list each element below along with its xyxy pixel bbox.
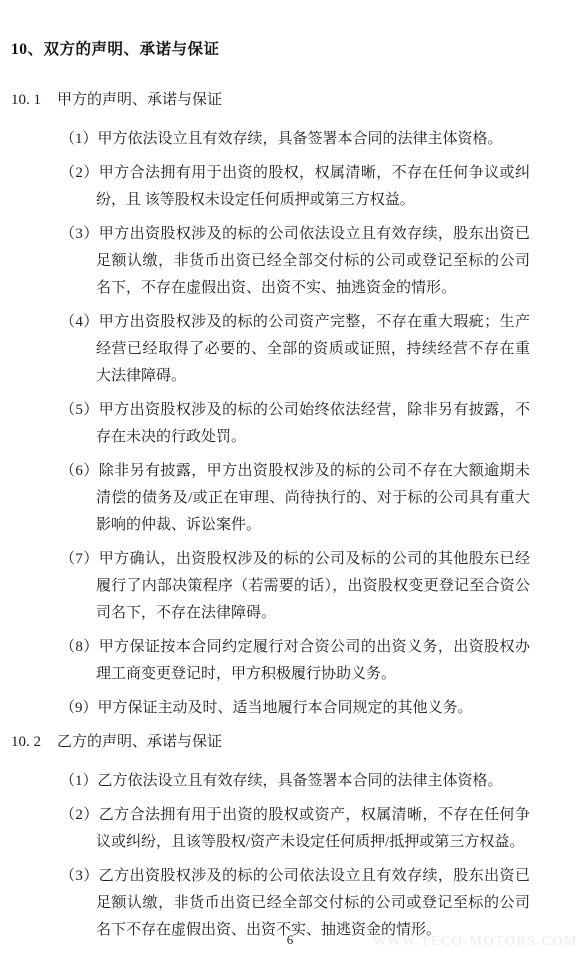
section-title: 甲方的声明、承诺与保证 [57, 92, 222, 108]
section-number: 10. 2 [11, 729, 57, 756]
clause-label: （2） [60, 165, 99, 181]
section-heading-10-1: 10. 1甲方的声明、承诺与保证 [11, 87, 580, 114]
clause-text: 甲方出资股权涉及的标的公司始终依法经营，除非另有披露，不存在未决的行政处罚。 [96, 402, 530, 445]
clause-item: （7）甲方确认，出资股权涉及的标的公司及标的公司的其他股东已经履行了内部决策程序… [96, 546, 530, 627]
clause-label: （3） [60, 868, 99, 884]
clause-label: （9） [60, 700, 98, 716]
clause-item: （9）甲方保证主动及时、适当地履行本合同规定的其他义务。 [96, 695, 530, 722]
document-page: 10、双方的声明、承诺与保证 10. 1甲方的声明、承诺与保证 （1）甲方依法设… [0, 0, 580, 958]
clause-label: （7） [60, 551, 99, 567]
clause-item: （3）甲方出资股权涉及的标的公司依法设立且有效存续，股东出资已足额认缴，非货币出… [96, 221, 530, 302]
clause-item: （2）甲方合法拥有用于出资的股权，权属清晰，不存在任何争议或纠纷，且 该等股权未… [96, 160, 530, 214]
clause-text: 甲方依法设立且有效存续，具备签署本合同的法律主体资格。 [98, 131, 503, 147]
clause-text: 除非另有披露，甲方出资股权涉及的标的公司不存在大额逾期未清偿的债务及/或正在审理… [96, 463, 530, 533]
section-title: 乙方的声明、承诺与保证 [57, 734, 222, 750]
watermark: WWW.TECO-MOTORS.COM [373, 934, 578, 950]
clause-label: （1） [60, 131, 98, 147]
clause-item: （8）甲方保证按本合同约定履行对合资公司的出资义务，出资股权办理工商变更登记时，… [96, 634, 530, 688]
clause-label: （3） [60, 226, 99, 242]
clause-label: （5） [60, 402, 99, 418]
clause-label: （2） [60, 807, 99, 823]
document-heading: 10、双方的声明、承诺与保证 [11, 36, 580, 63]
section-number: 10. 1 [11, 87, 57, 114]
clause-label: （8） [60, 639, 99, 655]
clause-item: （5）甲方出资股权涉及的标的公司始终依法经营，除非另有披露，不存在未决的行政处罚… [96, 397, 530, 451]
clause-item: （1）乙方依法设立且有效存续，具备签署本合同的法律主体资格。 [96, 768, 530, 795]
clause-text: 甲方出资股权涉及的标的公司资产完整，不存在重大瑕疵；生产经营已经取得了必要的、全… [96, 314, 530, 384]
clause-item: （2）乙方合法拥有用于出资的股权或资产，权属清晰，不存在任何争议或纠纷，且该等股… [96, 802, 530, 856]
clause-text: 甲方合法拥有用于出资的股权，权属清晰，不存在任何争议或纠纷，且 该等股权未设定任… [96, 165, 530, 208]
section-heading-10-2: 10. 2乙方的声明、承诺与保证 [11, 729, 580, 756]
clause-item: （6）除非另有披露，甲方出资股权涉及的标的公司不存在大额逾期未清偿的债务及/或正… [96, 458, 530, 539]
clause-label: （6） [60, 463, 99, 479]
clause-item: （4）甲方出资股权涉及的标的公司资产完整，不存在重大瑕疵；生产经营已经取得了必要… [96, 309, 530, 390]
clause-label: （1） [60, 773, 98, 789]
clause-text: 甲方保证按本合同约定履行对合资公司的出资义务，出资股权办理工商变更登记时，甲方积… [96, 639, 530, 682]
clause-text: 乙方出资股权涉及的标的公司依法设立且有效存续，股东出资已足额认缴，非货币出资已经… [96, 868, 530, 938]
clause-text: 甲方出资股权涉及的标的公司依法设立且有效存续，股东出资已足额认缴，非货币出资已经… [96, 226, 530, 296]
clause-label: （4） [60, 314, 99, 330]
clause-text: 乙方依法设立且有效存续，具备签署本合同的法律主体资格。 [98, 773, 503, 789]
clause-text: 乙方合法拥有用于出资的股权或资产，权属清晰，不存在任何争议或纠纷，且该等股权/资… [96, 807, 530, 850]
clause-text: 甲方保证主动及时、适当地履行本合同规定的其他义务。 [98, 700, 473, 716]
clause-text: 甲方确认，出资股权涉及的标的公司及标的公司的其他股东已经履行了内部决策程序（若需… [96, 551, 530, 621]
clause-item: （1）甲方依法设立且有效存续，具备签署本合同的法律主体资格。 [96, 126, 530, 153]
